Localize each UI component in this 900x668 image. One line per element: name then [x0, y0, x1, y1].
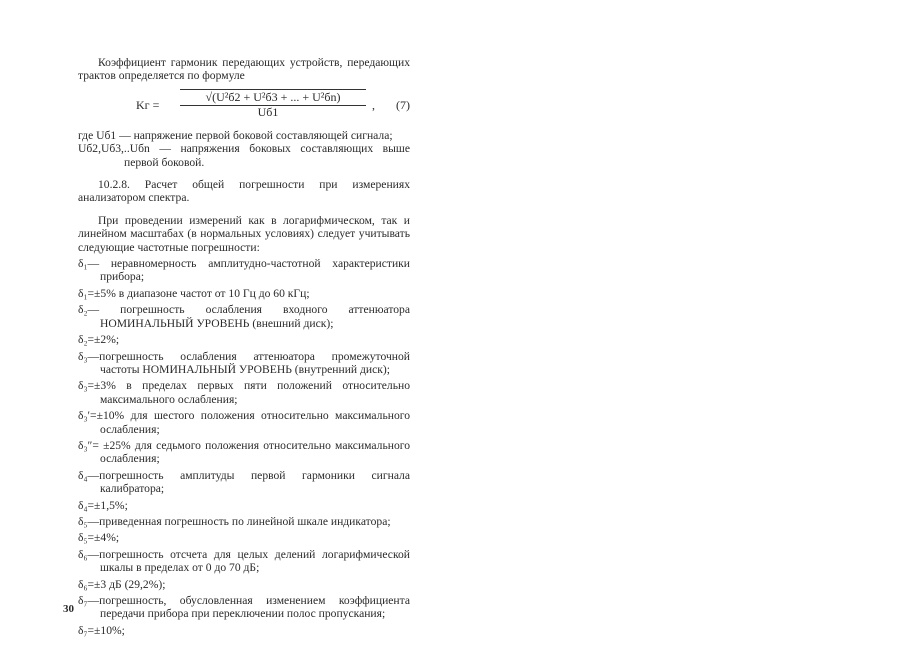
harmonic-coefficient-formula: Kг = √(U²б2 + U²б3 + ... + U²бn) Uб1 , (… — [78, 89, 410, 125]
error-item: δ₅=±4%; — [78, 531, 410, 544]
error-text: = ±25% для седьмого положения относитель… — [92, 439, 410, 465]
error-text: =±3% в пределах первых пяти положений от… — [88, 379, 410, 405]
error-symbol: δ₃″ — [78, 439, 92, 452]
error-item: δ₄—погрешность амплитуды первой гармоник… — [78, 469, 410, 496]
intro-paragraph: Коэффициент гармоник передающих устройст… — [78, 56, 410, 83]
error-text: — погрешность ослабления входного аттеню… — [88, 303, 410, 329]
error-item: δ₁=±5% в диапазоне частот от 10 Гц до 60… — [78, 287, 410, 300]
error-text: =±1,5%; — [88, 499, 128, 512]
error-text: =±3 дБ (29,2%); — [88, 578, 166, 591]
error-symbol: δ₁ — [78, 257, 88, 270]
page-number: 30 — [63, 603, 74, 615]
error-symbol: δ₆ — [78, 548, 88, 561]
error-list: δ₁— неравномерность амплитудно-частотной… — [78, 257, 410, 637]
error-item: δ₃″= ±25% для седьмого положения относит… — [78, 439, 410, 466]
section-heading: 10.2.8. Расчет общей погрешности при изм… — [78, 178, 410, 205]
error-symbol: δ₇ — [78, 594, 88, 607]
formula-denominator: Uб1 — [170, 106, 366, 119]
error-text: —погрешность ослабления аттенюатора пром… — [88, 350, 410, 376]
error-text: —погрешность отсчета для целых делений л… — [88, 548, 410, 574]
error-symbol: δ₃ — [78, 350, 88, 363]
error-symbol: δ₃ — [78, 379, 88, 392]
error-item: δ₃′=±10% для шестого положения относител… — [78, 409, 410, 436]
error-item: δ₂— погрешность ослабления входного атте… — [78, 303, 410, 330]
error-text: —погрешность амплитуды первой гармоники … — [88, 469, 410, 495]
error-item: δ₅—приведенная погрешность по линейной ш… — [78, 515, 410, 528]
formula-comma: , — [372, 99, 375, 112]
error-symbol: δ₂ — [78, 333, 88, 346]
definition-first-sideband: где Uб1 — напряжение первой боковой сост… — [78, 129, 410, 142]
error-item: δ₃=±3% в пределах первых пяти положений … — [78, 379, 410, 406]
formula-numerator: √(U²б2 + U²б3 + ... + U²бn) — [180, 89, 366, 106]
error-symbol: δ₅ — [78, 515, 88, 528]
error-text: =±4%; — [88, 531, 120, 544]
error-item: δ₁— неравномерность амплитудно-частотной… — [78, 257, 410, 284]
error-symbol: δ₄ — [78, 469, 88, 482]
error-item: δ₆—погрешность отсчета для целых делений… — [78, 548, 410, 575]
error-symbol: δ₂ — [78, 303, 88, 316]
document-page: Коэффициент гармоник передающих устройст… — [78, 56, 410, 637]
error-text: — неравномерность амплитудно-частотной х… — [88, 257, 410, 283]
formula-lhs: Kг = — [136, 99, 159, 112]
error-symbol: δ₇ — [78, 624, 88, 637]
error-text: =±5% в диапазоне частот от 10 Гц до 60 к… — [88, 287, 310, 300]
error-symbol: δ₃′ — [78, 409, 90, 422]
error-item: δ₂=±2%; — [78, 333, 410, 346]
error-item: δ₃—погрешность ослабления аттенюатора пр… — [78, 350, 410, 377]
equation-number: (7) — [396, 99, 410, 112]
error-text: =±10% для шестого положения относительно… — [90, 409, 410, 435]
definition-higher-sidebands: Uб2,Uб3,..Uбn — напряжения боковых соста… — [78, 142, 410, 169]
error-item: δ₆=±3 дБ (29,2%); — [78, 578, 410, 591]
error-text: —приведенная погрешность по линейной шка… — [88, 515, 391, 528]
error-item: δ₇—погрешность, обусловленная изменением… — [78, 594, 410, 621]
section-intro: При проведении измерений как в логарифми… — [78, 214, 410, 254]
error-text: =±10%; — [88, 624, 125, 637]
error-symbol: δ₁ — [78, 287, 88, 300]
error-symbol: δ₅ — [78, 531, 88, 544]
error-item: δ₇=±10%; — [78, 624, 410, 637]
error-item: δ₄=±1,5%; — [78, 499, 410, 512]
error-text: —погрешность, обусловленная изменением к… — [88, 594, 410, 620]
error-text: =±2%; — [88, 333, 120, 346]
error-symbol: δ₄ — [78, 499, 88, 512]
formula-fraction: √(U²б2 + U²б3 + ... + U²бn) Uб1 — [170, 89, 366, 120]
error-symbol: δ₆ — [78, 578, 88, 591]
